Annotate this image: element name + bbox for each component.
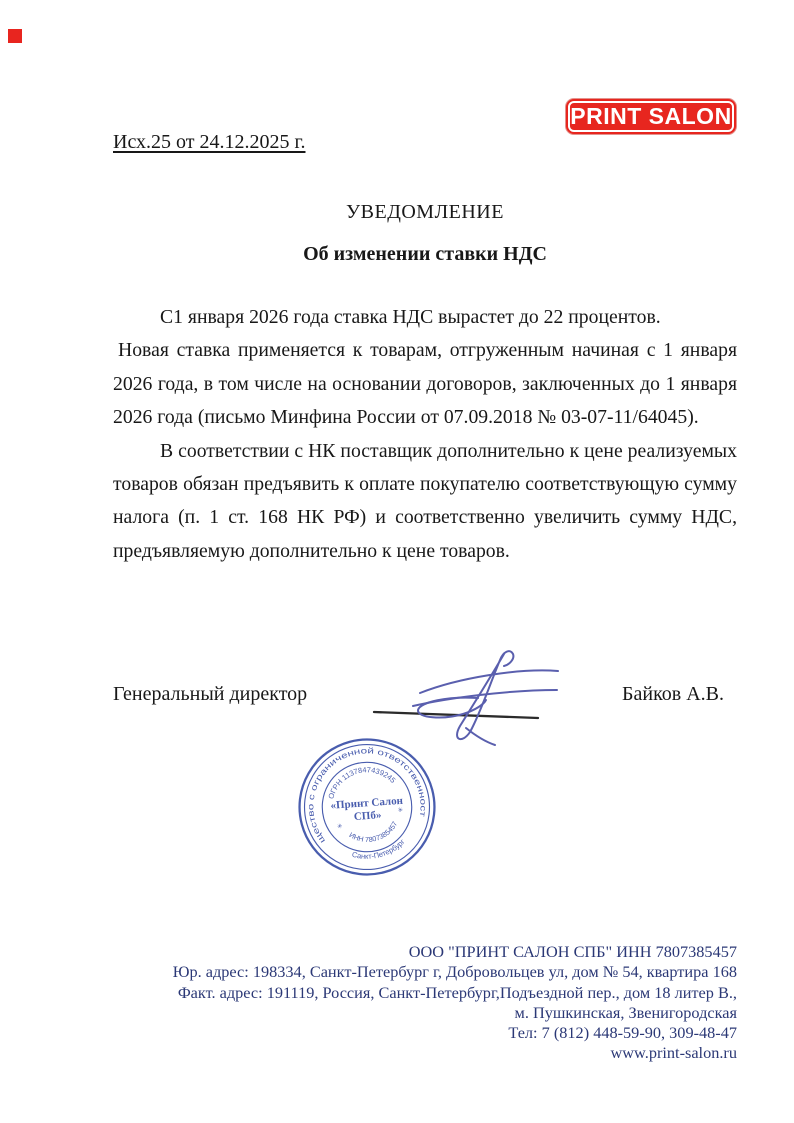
letter-page: PRINT SALON Исх.25 от 24.12.2025 г. УВЕД… bbox=[0, 0, 794, 1123]
stamp-center-line2: СПб» bbox=[353, 809, 381, 823]
footer-actual-address: Факт. адрес: 191119, Россия, Санкт-Петер… bbox=[117, 983, 737, 1003]
signatory-role: Генеральный директор bbox=[113, 683, 307, 706]
scan-corner-mark bbox=[8, 29, 22, 43]
document-subtitle: Об изменении ставки НДС bbox=[113, 243, 737, 266]
stamp-center-line1: «Принт Салон bbox=[330, 795, 404, 812]
handwritten-signature bbox=[358, 648, 570, 748]
logo-text: PRINT SALON bbox=[570, 105, 731, 129]
footer-website: www.print-salon.ru bbox=[117, 1043, 737, 1063]
print-salon-logo: PRINT SALON bbox=[565, 98, 737, 135]
outgoing-ref-line: Исх.25 от 24.12.2025 г. bbox=[113, 131, 305, 154]
company-footer: ООО "ПРИНТ САЛОН СПБ" ИНН 7807385457 Юр.… bbox=[117, 942, 737, 1064]
footer-company-inn: ООО "ПРИНТ САЛОН СПБ" ИНН 7807385457 bbox=[117, 942, 737, 962]
company-stamp: Общество с ограниченной ответственностью… bbox=[296, 736, 438, 878]
footer-phone: Тел: 7 (812) 448-59-90, 309-48-47 bbox=[117, 1023, 737, 1043]
paragraph-1: С1 января 2026 года ставка НДС вырастет … bbox=[113, 301, 737, 334]
signatory-name: Байков А.В. bbox=[622, 683, 724, 706]
paragraph-2: Новая ставка применяется к товарам, отгр… bbox=[113, 334, 737, 434]
footer-legal-address: Юр. адрес: 198334, Санкт-Петербург г, До… bbox=[117, 962, 737, 982]
paragraph-3: В соответствии с НК поставщик дополнител… bbox=[113, 435, 737, 569]
footer-metro: м. Пушкинская, Звенигородская bbox=[117, 1003, 737, 1023]
stamp-separator-right: ✳ bbox=[397, 806, 404, 814]
document-title: УВЕДОМЛЕНИЕ bbox=[113, 201, 737, 224]
stamp-separator-left: ✳ bbox=[336, 823, 343, 831]
stamp-outer-ring-text: Общество с ограниченной ответственностью bbox=[296, 736, 432, 852]
letter-body: С1 января 2026 года ставка НДС вырастет … bbox=[113, 301, 737, 568]
